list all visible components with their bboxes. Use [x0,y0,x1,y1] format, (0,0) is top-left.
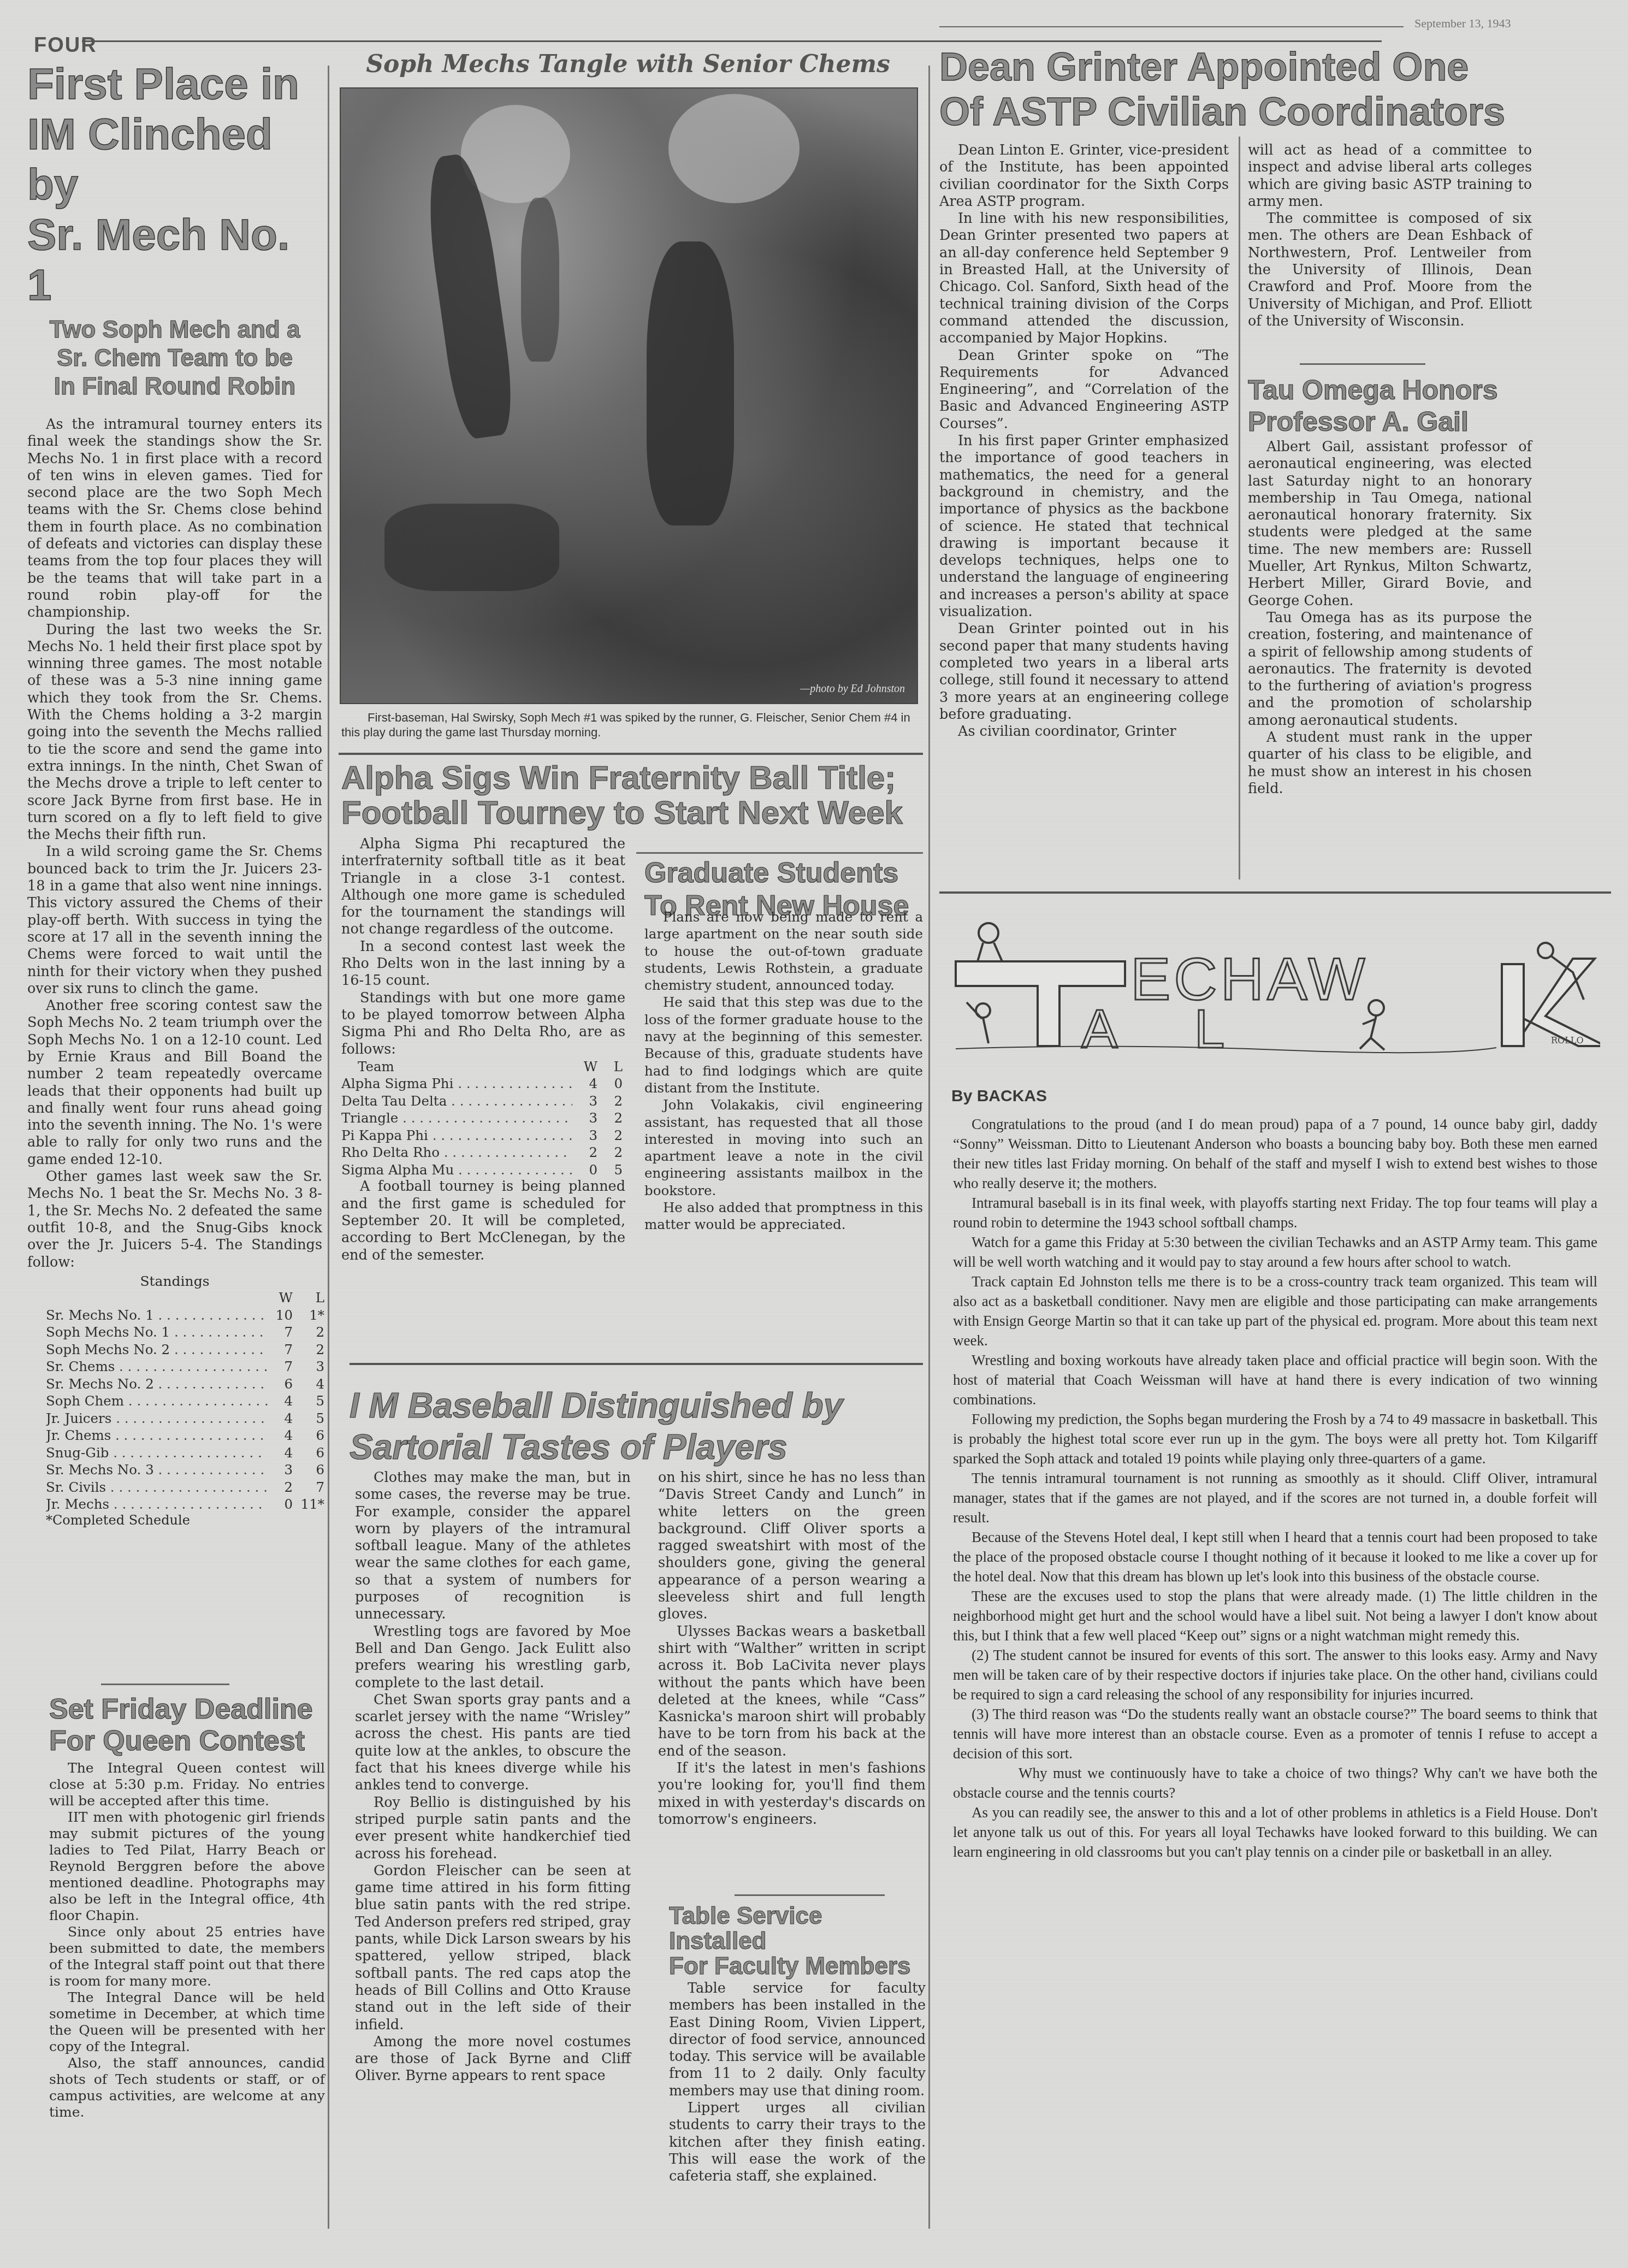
col-w: W [268,1289,293,1307]
wins: 7 [268,1340,293,1358]
game-photo: —photo by Ed Johnston [340,87,918,704]
spectators [384,504,559,591]
team-name: Snug-Gib [46,1445,109,1461]
wins: 4 [268,1444,293,1461]
paragraph: In line with his new responsibilities, D… [939,210,1229,347]
losses: 2 [597,1127,623,1144]
losses: 6 [293,1427,324,1444]
headline-line: Of ASTP Civilian Coordinators [939,90,1617,134]
paragraph: Another free scoring contest saw the Sop… [27,997,322,1168]
article-divider [101,1684,229,1685]
paragraph: Tau Omega has as its purpose the creatio… [1248,610,1532,729]
headline-line: Sartorial Tastes of Players [350,1426,923,1468]
article-tau-omega: Tau Omega Honors Professor A. Gail Alber… [1248,374,1532,798]
paragraph: Among the more novel costumes are those … [355,2034,631,2085]
team-name: Sr. Chems [46,1359,115,1374]
paragraph: A football tourney is being planned and … [341,1178,625,1263]
table-row: Soph Mechs No. 172 [46,1324,324,1341]
table-row: Triangle32 [341,1109,623,1127]
headline: First Place in IM Clinched by Sr. Mech N… [27,59,322,310]
standings-header: Team W L [341,1058,623,1076]
team-name: Rho Delta Rho [341,1144,440,1160]
table-row: Soph Chem45 [46,1392,324,1410]
team-name: Alpha Sigma Phi [341,1076,453,1091]
table-row: Pi Kappa Phi32 [341,1127,623,1144]
standings-header: W L [46,1289,324,1307]
losses: 3 [293,1358,324,1375]
standings-footnote: *Completed Schedule [46,1513,322,1528]
issue-date: September 13, 1943 [1414,16,1511,31]
wins: 4 [268,1409,293,1427]
wins: 4 [572,1075,597,1092]
paragraph: Dean Grinter spoke on “The Requirements … [939,347,1229,433]
paragraph: He said that this step was due to the lo… [644,994,923,1096]
team-name: Delta Tau Delta [341,1093,447,1109]
losses: 2 [597,1144,623,1161]
techawk-talk-logo: ECHAW AL ROLLO [950,907,1600,1071]
headline-line: Graduate Students [644,857,923,889]
headline-line: First Place in [27,59,322,109]
column-byline: By BACKAS [951,1087,1047,1106]
paragraph: Following my prediction, the Sophs began… [953,1409,1597,1468]
team-name: Sr. Mechs No. 2 [46,1376,154,1392]
wins: 3 [268,1461,293,1479]
losses: 5 [293,1409,324,1427]
table-row: Sigma Alpha Mu05 [341,1161,623,1179]
newspaper-page: FOUR September 13, 1943 First Place in I… [0,0,1628,2268]
paragraph: In a wild scroing game the Sr. Chems bou… [27,843,322,997]
paragraph: The Integral Queen contest will close at… [49,1760,325,1809]
losses: 7 [293,1478,324,1496]
headline: Table Service Installed For Faculty Memb… [669,1904,926,1979]
losses: 6 [293,1444,324,1461]
column-divider [328,66,329,2229]
grinter-headline: Dean Grinter Appointed One Of ASTP Civil… [939,45,1617,134]
paragraph: Roy Bellio is distinguished by his strip… [355,1794,631,1863]
date-rule [939,26,1404,27]
wins: 3 [572,1127,597,1144]
paragraph: on his shirt, since he has no less than … [658,1469,926,1623]
paragraph: Dean Grinter pointed out in his second p… [939,621,1229,723]
paragraph: Albert Gail, assistant professor of aero… [1248,439,1532,610]
article-divider [350,1363,923,1365]
techawk-talk-body: Congratulations to the proud (and I do m… [953,1114,1597,1862]
wins: 4 [268,1427,293,1444]
paragraph: Other games last week saw the Sr. Mechs … [27,1168,322,1271]
paragraph: Alpha Sigma Phi recaptured the interfrat… [341,836,625,938]
player-figure [521,198,559,362]
standings-table: W L Sr. Mechs No. 1101* Soph Mechs No. 1… [46,1289,324,1513]
team-name: Pi Kappa Phi [341,1127,428,1143]
column-divider [1239,137,1240,879]
headline-line: Sr. Mech No. 1 [27,210,322,310]
logo-word-talk: AL [1081,999,1301,1060]
article-grad-students: Graduate Students To Rent New House Plan… [644,840,923,1233]
grinter-col2: will act as head of a committee to inspe… [1248,142,1532,330]
team-name: Sigma Alpha Mu [341,1162,454,1178]
article-body: Albert Gail, assistant professor of aero… [1248,439,1532,798]
paragraph: If it's the latest in men's fashions you… [658,1760,926,1828]
paragraph: IIT men with photogenic girl friends may… [49,1809,325,1924]
headline-line: Alpha Sigs Win Fraternity Ball Title; [341,760,920,795]
paragraph: Why must we continuously have to take a … [953,1763,1597,1803]
wins: 6 [268,1375,293,1392]
paragraph: Gordon Fleischer can be seen at game tim… [355,1863,631,2034]
subhead-line: In Final Round Robin [27,373,322,401]
paragraph: (3) The third reason was “Do the student… [953,1704,1597,1763]
wins: 7 [268,1358,293,1375]
subhead-line: Two Soph Mech and a [27,316,322,344]
table-row: Sr. Chems73 [46,1358,324,1375]
paragraph: Wrestling and boxing workouts have alrea… [953,1350,1597,1409]
top-rule [82,40,1382,42]
techawk-talk-logo-art: ECHAW AL ROLLO [950,907,1600,1071]
paragraph: In his first paper Grinter emphasized th… [939,433,1229,621]
baseball-fashion-col2: on his shirt, since he has no less than … [658,1469,926,1828]
paragraph: Ulysses Backas wears a basketball shirt … [658,1623,926,1760]
standings-title: Standings [27,1273,322,1289]
paragraph: will act as head of a committee to inspe… [1248,142,1532,210]
paragraph: Standings with but one more game to be p… [341,990,625,1058]
artist-signature: ROLLO [1551,1035,1584,1046]
paragraph: In a second contest last week the Rho De… [341,938,625,990]
table-row: Snug-Gib46 [46,1444,324,1461]
headline-line: Football Tourney to Start Next Week [341,795,920,830]
photo-caption: First-baseman, Hal Swirsky, Soph Mech #1… [341,710,915,740]
headline-line: Tau Omega Honors [1248,374,1532,406]
headline-line: Professor A. Gail [1248,406,1532,438]
losses: 5 [293,1392,324,1410]
headline-line: Set Friday Deadline [49,1693,325,1725]
col-l: L [597,1058,623,1076]
paragraph: The tennis intramural tournament is not … [953,1468,1597,1527]
headline-line: For Faculty Members [669,1954,926,1979]
team-name: Jr. Mechs [46,1496,109,1512]
losses: 5 [597,1161,623,1179]
paragraph: Dean Linton E. Grinter, vice-president o… [939,142,1229,210]
paragraph: Watch for a game this Friday at 5:30 bet… [953,1232,1597,1272]
article-divider [1300,363,1425,365]
wins: 10 [268,1306,293,1324]
headline-line: I M Baseball Distinguished by [350,1385,923,1426]
team-name: Sr. Mechs No. 1 [46,1307,154,1323]
page-label: FOUR [34,34,97,57]
wins: 0 [572,1161,597,1179]
headline: Set Friday Deadline For Queen Contest [49,1693,325,1757]
fraternity-standings-table: Team W L Alpha Sigma Phi40 Delta Tau Del… [341,1058,623,1179]
table-row: Jr. Chems46 [46,1427,324,1444]
paragraph: Intramural baseball is in its final week… [953,1193,1597,1232]
col-team: Team [341,1058,572,1076]
table-row: Soph Mechs No. 272 [46,1340,324,1358]
paragraph: He also added that promptness in this ma… [644,1199,923,1233]
player-figure [647,241,734,525]
article-body: The Integral Queen contest will close at… [49,1760,325,2121]
paragraph: Table service for faculty members has be… [669,1980,926,2100]
wins: 2 [572,1144,597,1161]
paragraph: As you can readily see, the answer to th… [953,1803,1597,1862]
photo-credit: —photo by Ed Johnston [800,683,905,695]
article-body: Table service for faculty members has be… [669,1980,926,2186]
paragraph: As civilian coordinator, Grinter [939,723,1229,740]
headline-line: Dean Grinter Appointed One [939,45,1617,90]
paragraph: These are the excuses used to stop the p… [953,1586,1597,1645]
table-row: Delta Tau Delta32 [341,1092,623,1110]
column-divider [928,66,930,2229]
paragraph: Lippert urges all civilian students to c… [669,2100,926,2185]
paragraph: Also, the staff announces, candid shots … [49,2055,325,2121]
wins: 2 [268,1478,293,1496]
col-w: W [572,1058,597,1076]
table-row: Jr. Juicers45 [46,1409,324,1427]
paragraph: A student must rank in the upper quarter… [1248,729,1532,798]
team-name: Jr. Chems [46,1427,111,1443]
losses: 1* [293,1306,324,1324]
article-divider [339,753,923,755]
paragraph: Track captain Ed Johnston tells me there… [953,1272,1597,1350]
team-name: Sr. Mechs No. 3 [46,1462,154,1478]
paragraph: During the last two weeks the Sr. Mechs … [27,622,322,844]
team-name: Triangle [341,1110,398,1126]
table-row: Jr. Mechs011* [46,1496,324,1513]
team-name: Soph Chem [46,1393,124,1409]
article-queen-contest: Set Friday Deadline For Queen Contest Th… [49,1693,325,2121]
table-row: Alpha Sigma Phi40 [341,1075,623,1092]
paragraph: Because of the Stevens Hotel deal, I kep… [953,1527,1597,1586]
losses: 4 [293,1375,324,1392]
article-first-place: First Place in IM Clinched by Sr. Mech N… [27,59,322,1528]
subhead-line: Sr. Chem Team to be [27,344,322,373]
paragraph: As the intramural tourney enters its fin… [27,416,322,622]
grinter-col1: Dean Linton E. Grinter, vice-president o… [939,142,1229,740]
article-table-service: Table Service Installed For Faculty Memb… [669,1904,926,2186]
headline-line: For Queen Contest [49,1725,325,1757]
wins: 0 [268,1496,293,1513]
wins: 3 [572,1109,597,1127]
wins: 7 [268,1324,293,1341]
table-row: Rho Delta Rho22 [341,1144,623,1161]
article-divider [939,891,1611,894]
photo-highlight [668,94,800,203]
paragraph: (2) The student cannot be insured for ev… [953,1645,1597,1704]
paragraph: Since only about 25 entries have been su… [49,1924,325,1989]
team-name: Jr. Juicers [46,1410,111,1426]
team-name: Sr. Civils [46,1479,106,1495]
article-divider [735,1894,885,1896]
subhead: Two Soph Mech and a Sr. Chem Team to be … [27,316,322,401]
losses: 0 [597,1075,623,1092]
baseball-fashion-headline: I M Baseball Distinguished by Sartorial … [350,1385,923,1468]
alpha-sigs-body: Alpha Sigma Phi recaptured the interfrat… [341,836,625,1264]
table-row: Sr. Mechs No. 336 [46,1461,324,1479]
losses: 2 [293,1324,324,1341]
table-row: Sr. Mechs No. 1101* [46,1306,324,1324]
paragraph: Clothes may make the man, but in some ca… [355,1469,631,1623]
alpha-sigs-headline: Alpha Sigs Win Fraternity Ball Title; Fo… [341,760,920,830]
team-name: Soph Mechs No. 2 [46,1342,170,1357]
article-body: As the intramural tourney enters its fin… [27,416,322,1271]
paragraph: Plans are now being made to rent a large… [644,908,923,994]
table-row: Sr. Mechs No. 264 [46,1375,324,1392]
table-row: Sr. Civils27 [46,1478,324,1496]
paragraph: Wrestling togs are favored by Moe Bell a… [355,1623,631,1692]
losses: 2 [597,1092,623,1110]
losses: 2 [293,1340,324,1358]
team-name: Soph Mechs No. 1 [46,1324,170,1340]
losses: 2 [597,1109,623,1127]
paragraph: The Integral Dance will be held sometime… [49,1989,325,2055]
baseball-fashion-col1: Clothes may make the man, but in some ca… [355,1469,631,2085]
paragraph: The committee is composed of six men. Th… [1248,210,1532,330]
losses: 11* [293,1496,324,1513]
paragraph: Chet Swan sports gray pants and a scarle… [355,1692,631,1794]
wins: 3 [572,1092,597,1110]
wins: 4 [268,1392,293,1410]
paragraph: Congratulations to the proud (and I do m… [953,1114,1597,1193]
headline: Tau Omega Honors Professor A. Gail [1248,374,1532,438]
col-l: L [293,1289,324,1307]
headline-line: Table Service Installed [669,1904,926,1954]
paragraph: John Volakakis, civil engineering assist… [644,1096,923,1199]
losses: 6 [293,1461,324,1479]
photo-headline: Soph Mechs Tangle with Senior Chems [333,50,923,78]
headline-line: IM Clinched by [27,109,322,210]
